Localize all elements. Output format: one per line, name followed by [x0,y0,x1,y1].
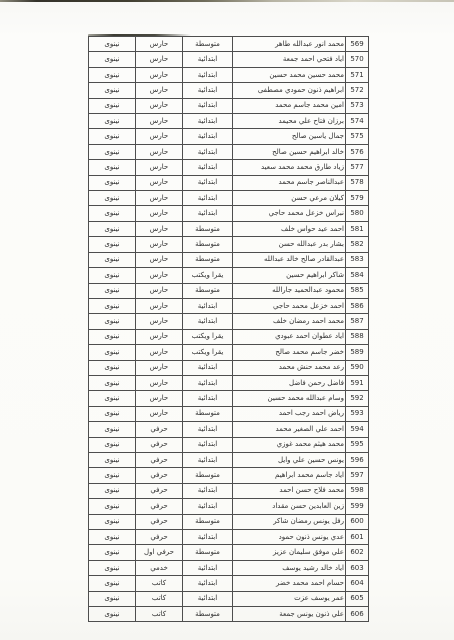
cell-job: حرفي [136,437,183,452]
cell-name: امين محمد جاسم محمد [233,98,346,113]
cell-no: 574 [346,114,369,129]
cell-education: ابتدائية [183,375,233,390]
cell-job: حارس [136,160,183,175]
cell-job: حارس [136,252,183,267]
cell-job: حرفي [136,483,183,498]
cell-education: متوسطة [183,37,233,52]
scan-artifact-top-line [0,0,454,2]
cell-name: عدي يونس ذنون حمود [233,530,346,545]
cell-job: حارس [136,191,183,206]
cell-province: نينوى [89,206,136,221]
table-row: 583عبدالقادر صالح خالد عبداللهمتوسطةحارس… [89,252,369,267]
cell-education: ابتدائية [183,298,233,313]
cell-job: حرفي [136,499,183,514]
cell-name: عمر يوسف عزت [233,591,346,606]
cell-education: متوسطة [183,545,233,560]
cell-education: متوسطة [183,514,233,529]
cell-province: نينوى [89,283,136,298]
cell-name: احمد عيد حواس خلف [233,221,346,236]
personnel-table: 569محمد انور عبدالله طاهرمتوسطةحارسنينوى… [88,36,369,622]
cell-education: متوسطة [183,283,233,298]
cell-name: خضر جاسم محمد صالح [233,345,346,360]
table-row: 606علي ذنون يونس جمعةمتوسطةكاتبنينوى [89,607,369,622]
cell-no: 575 [346,129,369,144]
table-row: 601عدي يونس ذنون حمودابتدائيةحرفينينوى [89,530,369,545]
cell-province: نينوى [89,607,136,622]
cell-province: نينوى [89,329,136,344]
cell-province: نينوى [89,52,136,67]
cell-name: محمد انور عبدالله طاهر [233,37,346,52]
cell-no: 595 [346,437,369,452]
cell-job: حارس [136,175,183,190]
cell-no: 599 [346,499,369,514]
cell-name: علي ذنون يونس جمعة [233,607,346,622]
cell-no: 591 [346,375,369,390]
cell-province: نينوى [89,237,136,252]
cell-province: نينوى [89,576,136,591]
cell-education: متوسطة [183,406,233,421]
cell-province: نينوى [89,422,136,437]
table-row: 569محمد انور عبدالله طاهرمتوسطةحارسنينوى [89,37,369,52]
cell-name: احمد خزعل محمد حاجي [233,298,346,313]
table-row: 592وسام عبدالله محمد حسينابتدائيةحارسنين… [89,391,369,406]
cell-job: حارس [136,314,183,329]
cell-education: ابتدائية [183,530,233,545]
cell-no: 596 [346,452,369,467]
cell-province: نينوى [89,499,136,514]
table-row: 570اياد فتحي احمد جمعةابتدائيةحارسنينوى [89,52,369,67]
cell-job: حرفي [136,530,183,545]
cell-education: ابتدائية [183,391,233,406]
cell-name: رعد محمد حنش محمد [233,360,346,375]
cell-no: 569 [346,37,369,52]
cell-job: حارس [136,144,183,159]
table-row: 571محمد حسين محمد حسينابتدائيةحارسنينوى [89,67,369,82]
cell-name: زين العابدين حسن مقداد [233,499,346,514]
cell-name: محمد فلاح حسن احمد [233,483,346,498]
cell-no: 582 [346,237,369,252]
cell-education: ابتدائية [183,83,233,98]
table-row: 604حسام احمد محمد خضرابتدائيةكاتبنينوى [89,576,369,591]
cell-province: نينوى [89,160,136,175]
table-row: 582بشار بدر عبدالله حسنمتوسطةحارسنينوى [89,237,369,252]
cell-no: 600 [346,514,369,529]
cell-education: يقرا ويكتب [183,345,233,360]
cell-no: 598 [346,483,369,498]
table-row: 579كيلان مرعي حسنابتدائيةحارسنينوى [89,191,369,206]
cell-name: بشار بدر عبدالله حسن [233,237,346,252]
table-row: 578عبدالناصر جاسم محمدابتدائيةحارسنينوى [89,175,369,190]
cell-name: احمد علي الصغير محمد [233,422,346,437]
cell-education: متوسطة [183,237,233,252]
cell-job: حارس [136,206,183,221]
cell-job: حارس [136,345,183,360]
cell-job: حارس [136,283,183,298]
table-row: 587محمد احمد رمضان خلفابتدائيةحارسنينوى [89,314,369,329]
cell-education: ابتدائية [183,160,233,175]
cell-province: نينوى [89,37,136,52]
cell-no: 606 [346,607,369,622]
cell-job: حارس [136,129,183,144]
table-row: 597اياد جاسم محمد ابراهيممتوسطةحرفينينوى [89,468,369,483]
cell-no: 579 [346,191,369,206]
table-row: 602علي موفق سليمان عزيزمتوسطةحرفي اولنين… [89,545,369,560]
cell-province: نينوى [89,391,136,406]
cell-no: 587 [346,314,369,329]
cell-education: ابتدائية [183,114,233,129]
cell-province: نينوى [89,144,136,159]
cell-province: نينوى [89,298,136,313]
table-row: 590رعد محمد حنش محمدابتدائيةحارسنينوى [89,360,369,375]
cell-education: ابتدائية [183,591,233,606]
table-row: 603اياد خالد رشيد يوسفابتدائيةخدمينينوى [89,560,369,575]
cell-name: اياد عطوان احمد عبودي [233,329,346,344]
cell-province: نينوى [89,545,136,560]
cell-province: نينوى [89,591,136,606]
cell-name: رياض احمد رجب احمد [233,406,346,421]
cell-education: ابتدائية [183,52,233,67]
table-row: 586احمد خزعل محمد حاجيابتدائيةحارسنينوى [89,298,369,313]
cell-province: نينوى [89,83,136,98]
table-row: 605عمر يوسف عزتابتدائيةكاتبنينوى [89,591,369,606]
cell-name: نبراس خزعل محمد حاجي [233,206,346,221]
cell-name: محمد هيثم محمد غوزي [233,437,346,452]
cell-name: برزان فتاح علي محيمد [233,114,346,129]
cell-province: نينوى [89,114,136,129]
cell-province: نينوى [89,98,136,113]
cell-no: 580 [346,206,369,221]
table-row: 598محمد فلاح حسن احمدابتدائيةحرفينينوى [89,483,369,498]
cell-no: 588 [346,329,369,344]
cell-education: متوسطة [183,221,233,236]
cell-name: عبدالقادر صالح خالد عبدالله [233,252,346,267]
cell-job: حارس [136,52,183,67]
cell-job: حرفي [136,422,183,437]
cell-education: ابتدائية [183,206,233,221]
cell-job: كاتب [136,607,183,622]
cell-province: نينوى [89,221,136,236]
cell-job: حارس [136,268,183,283]
cell-job: حارس [136,375,183,390]
table-row: 575جمال ياسين صالحابتدائيةحارسنينوى [89,129,369,144]
cell-job: حارس [136,406,183,421]
cell-name: ابراهيم ذنون حمودي مصطفى [233,83,346,98]
cell-name: محمود عبدالحميد جارالله [233,283,346,298]
cell-no: 572 [346,83,369,98]
table-row: 581احمد عيد حواس خلفمتوسطةحارسنينوى [89,221,369,236]
cell-no: 605 [346,591,369,606]
cell-no: 586 [346,298,369,313]
cell-education: ابتدائية [183,483,233,498]
cell-no: 604 [346,576,369,591]
table-row: 573امين محمد جاسم محمدابتدائيةحارسنينوى [89,98,369,113]
table-row: 584شاكر ابراهيم حسينيقرا ويكتبحارسنينوى [89,268,369,283]
cell-education: متوسطة [183,252,233,267]
cell-name: كيلان مرعي حسن [233,191,346,206]
cell-no: 571 [346,67,369,82]
table-row: 585محمود عبدالحميد جاراللهمتوسطةحارسنينو… [89,283,369,298]
cell-education: ابتدائية [183,314,233,329]
cell-education: ابتدائية [183,437,233,452]
cell-no: 585 [346,283,369,298]
cell-province: نينوى [89,314,136,329]
cell-education: ابتدائية [183,98,233,113]
cell-job: حرفي [136,452,183,467]
cell-name: اياد فتحي احمد جمعة [233,52,346,67]
cell-name: فاضل رحمن فاضل [233,375,346,390]
cell-job: حارس [136,98,183,113]
cell-no: 584 [346,268,369,283]
cell-job: حارس [136,67,183,82]
cell-no: 594 [346,422,369,437]
cell-education: ابتدائية [183,499,233,514]
cell-no: 592 [346,391,369,406]
cell-job: كاتب [136,576,183,591]
table-row: 588اياد عطوان احمد عبودييقرا ويكتبحارسني… [89,329,369,344]
cell-province: نينوى [89,345,136,360]
cell-education: متوسطة [183,468,233,483]
cell-province: نينوى [89,452,136,467]
cell-no: 578 [346,175,369,190]
cell-name: اياد خالد رشيد يوسف [233,560,346,575]
cell-job: حارس [136,83,183,98]
table-body: 569محمد انور عبدالله طاهرمتوسطةحارسنينوى… [89,37,369,622]
cell-province: نينوى [89,268,136,283]
cell-education: ابتدائية [183,560,233,575]
cell-no: 589 [346,345,369,360]
cell-name: رفل يونس رمضان شاكر [233,514,346,529]
cell-no: 601 [346,530,369,545]
cell-no: 603 [346,560,369,575]
cell-no: 581 [346,221,369,236]
cell-name: وسام عبدالله محمد حسين [233,391,346,406]
cell-name: اياد جاسم محمد ابراهيم [233,468,346,483]
cell-job: خدمي [136,560,183,575]
cell-job: حرفي [136,514,183,529]
scanned-page: { "colors": { "page_background": "#fbfbf… [0,0,454,640]
cell-education: ابتدائية [183,129,233,144]
cell-province: نينوى [89,437,136,452]
cell-name: زياد طارق محمد محمد سعيد [233,160,346,175]
cell-province: نينوى [89,129,136,144]
cell-education: ابتدائية [183,576,233,591]
cell-province: نينوى [89,175,136,190]
cell-job: حارس [136,37,183,52]
cell-education: ابتدائية [183,144,233,159]
cell-education: ابتدائية [183,360,233,375]
cell-province: نينوى [89,514,136,529]
table-row: 574برزان فتاح علي محيمدابتدائيةحارسنينوى [89,114,369,129]
cell-education: ابتدائية [183,191,233,206]
cell-no: 573 [346,98,369,113]
cell-name: محمد حسين محمد حسين [233,67,346,82]
cell-job: حارس [136,298,183,313]
cell-name: حسام احمد محمد خضر [233,576,346,591]
cell-name: محمد احمد رمضان خلف [233,314,346,329]
table-row: 600رفل يونس رمضان شاكرمتوسطةحرفينينوى [89,514,369,529]
table-row: 599زين العابدين حسن مقدادابتدائيةحرفينين… [89,499,369,514]
cell-education: يقرا ويكتب [183,329,233,344]
table-row: 572ابراهيم ذنون حمودي مصطفىابتدائيةحارسن… [89,83,369,98]
cell-province: نينوى [89,530,136,545]
table-row: 594احمد علي الصغير محمدابتدائيةحرفينينوى [89,422,369,437]
cell-job: حارس [136,391,183,406]
cell-education: يقرا ويكتب [183,268,233,283]
table-row: 580نبراس خزعل محمد حاجيابتدائيةحارسنينوى [89,206,369,221]
table-row: 589خضر جاسم محمد صالحيقرا ويكتبحارسنينوى [89,345,369,360]
cell-province: نينوى [89,468,136,483]
cell-name: يونس حسين علي وايل [233,452,346,467]
cell-job: حارس [136,329,183,344]
table-row: 576خالد ابراهيم حسين صالحابتدائيةحارسنين… [89,144,369,159]
cell-province: نينوى [89,191,136,206]
cell-province: نينوى [89,406,136,421]
cell-job: حرفي اول [136,545,183,560]
cell-no: 577 [346,160,369,175]
cell-province: نينوى [89,360,136,375]
cell-name: خالد ابراهيم حسين صالح [233,144,346,159]
cell-education: متوسطة [183,607,233,622]
cell-name: شاكر ابراهيم حسين [233,268,346,283]
cell-education: ابتدائية [183,452,233,467]
cell-no: 602 [346,545,369,560]
cell-province: نينوى [89,252,136,267]
cell-no: 590 [346,360,369,375]
cell-no: 597 [346,468,369,483]
cell-no: 583 [346,252,369,267]
cell-job: حارس [136,114,183,129]
table-row: 577زياد طارق محمد محمد سعيدابتدائيةحارسن… [89,160,369,175]
cell-job: حارس [136,360,183,375]
cell-no: 570 [346,52,369,67]
table-row: 596يونس حسين علي وايلابتدائيةحرفينينوى [89,452,369,467]
cell-education: ابتدائية [183,422,233,437]
table-row: 593رياض احمد رجب احمدمتوسطةحارسنينوى [89,406,369,421]
cell-name: علي موفق سليمان عزيز [233,545,346,560]
cell-job: حارس [136,237,183,252]
cell-job: كاتب [136,591,183,606]
cell-province: نينوى [89,375,136,390]
cell-province: نينوى [89,560,136,575]
table-row: 591فاضل رحمن فاضلابتدائيةحارسنينوى [89,375,369,390]
cell-province: نينوى [89,483,136,498]
cell-no: 576 [346,144,369,159]
cell-job: حارس [136,221,183,236]
cell-no: 593 [346,406,369,421]
cell-education: ابتدائية [183,175,233,190]
cell-job: حرفي [136,468,183,483]
table-row: 595محمد هيثم محمد غوزيابتدائيةحرفينينوى [89,437,369,452]
cell-name: عبدالناصر جاسم محمد [233,175,346,190]
cell-province: نينوى [89,67,136,82]
cell-education: ابتدائية [183,67,233,82]
cell-name: جمال ياسين صالح [233,129,346,144]
